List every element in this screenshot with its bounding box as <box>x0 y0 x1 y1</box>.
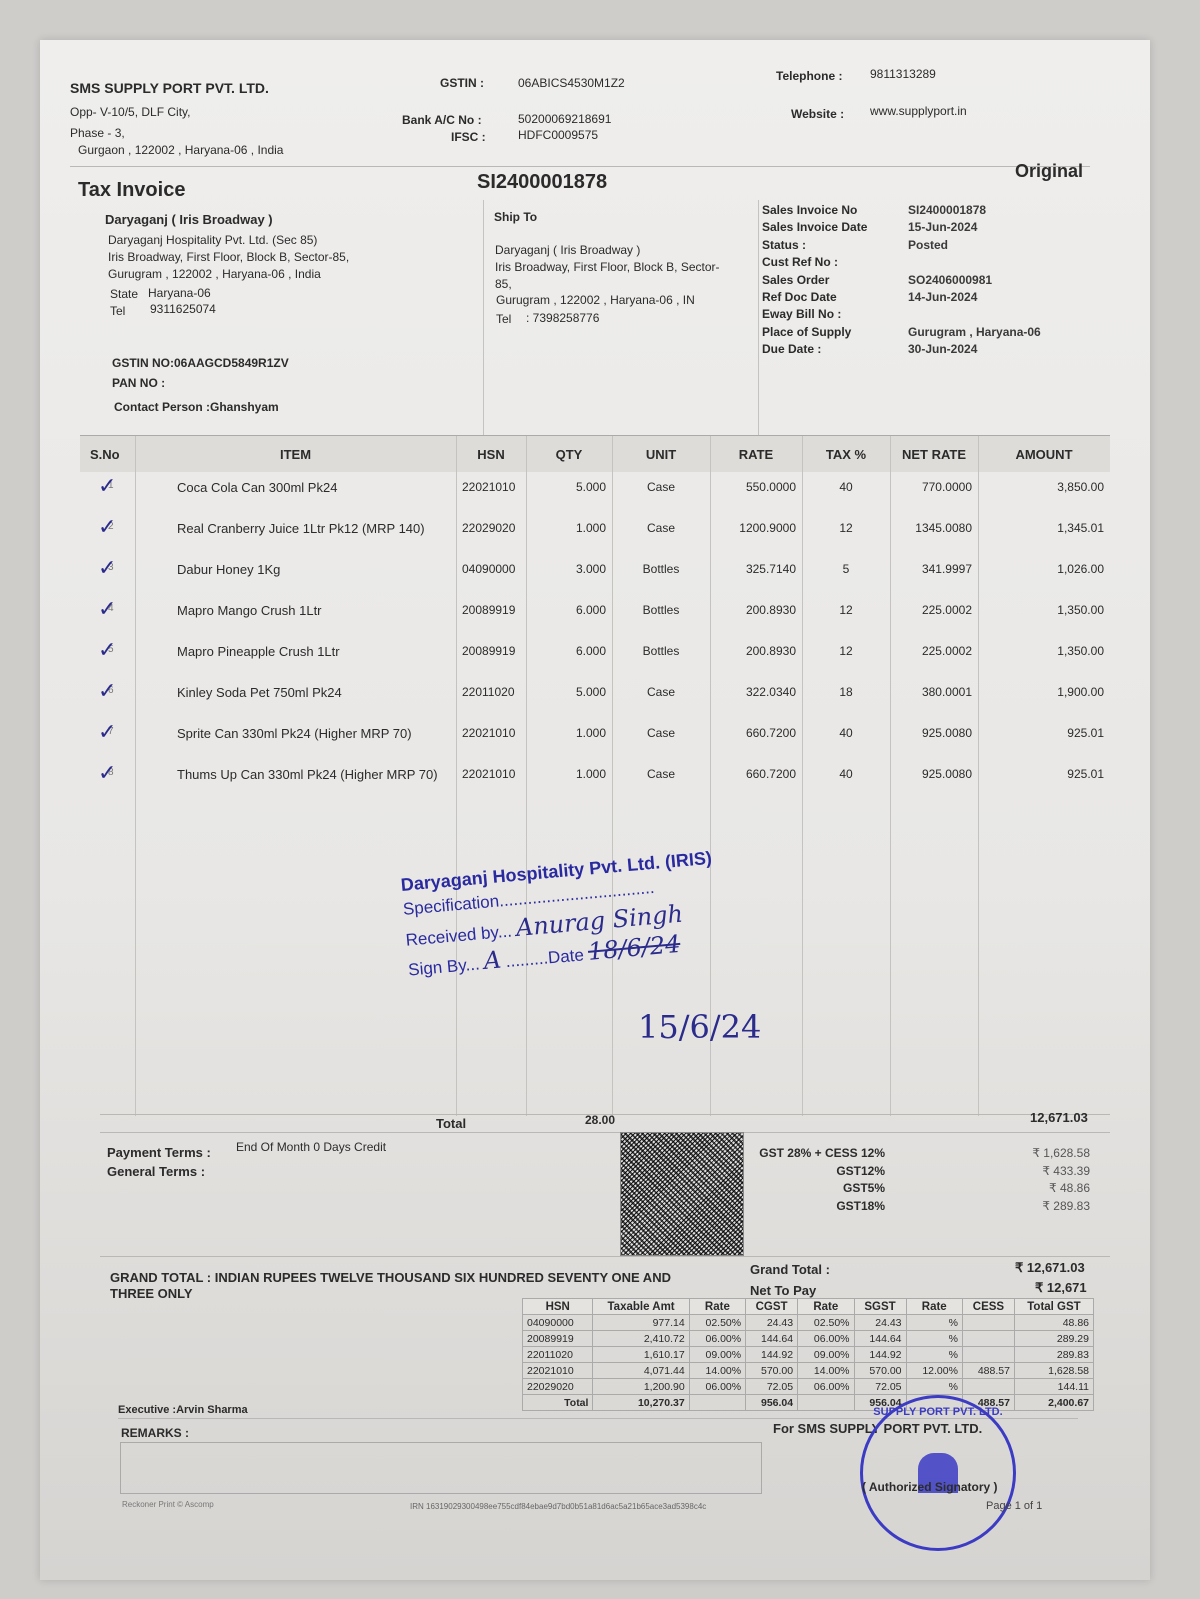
table-cell: Case <box>612 685 710 699</box>
hsn-cell: 289.29 <box>1014 1331 1093 1347</box>
table-cell: Sprite Can 330ml Pk24 (Higher MRP 70) <box>135 726 456 741</box>
hsn-column-header: CESS <box>962 1299 1014 1315</box>
hsn-cell: 956.04 <box>746 1395 798 1411</box>
meta-row: Cust Ref No : <box>762 255 1102 272</box>
check-mark-icon: ✓ <box>98 515 116 540</box>
hsn-column-header: SGST <box>854 1299 906 1315</box>
table-cell: 1,026.00 <box>978 562 1110 576</box>
table-cell: 40 <box>802 726 890 740</box>
hsn-cell: 02.50% <box>689 1315 745 1331</box>
table-cell: 1.000 <box>526 726 612 740</box>
table-cell: 18 <box>802 685 890 699</box>
hsn-row: 220210104,071.4414.00%570.0014.00%570.00… <box>523 1363 1094 1379</box>
hsn-cell: 977.14 <box>593 1315 689 1331</box>
check-mark-icon: ✓ <box>98 638 116 663</box>
hsn-cell: 02.50% <box>798 1315 854 1331</box>
meta-row: Eway Bill No : <box>762 307 1102 324</box>
table-cell: 225.0002 <box>890 603 978 617</box>
hsn-cell: 144.64 <box>746 1331 798 1347</box>
total-label: Total <box>436 1116 466 1131</box>
gstin-label: GSTIN : <box>440 76 484 90</box>
bill-to-line-1: Daryaganj Hospitality Pvt. Ltd. (Sec 85) <box>108 233 317 247</box>
table-cell: 380.0001 <box>890 685 978 699</box>
contact-person: Contact Person :Ghanshyam <box>114 400 279 414</box>
tax-summary-row: GST 28% + CESS 12%₹ 1,628.58 <box>740 1146 1100 1163</box>
table-cell: Coca Cola Can 300ml Pk24 <box>135 480 456 495</box>
table-row: 7Sprite Can 330ml Pk24 (Higher MRP 70)22… <box>80 718 1110 759</box>
table-cell: 40 <box>802 767 890 781</box>
hsn-cell: % <box>906 1379 962 1395</box>
meta-row: Ref Doc Date14-Jun-2024 <box>762 290 1102 307</box>
hsn-summary-table: HSNTaxable AmtRateCGSTRateSGSTRateCESSTo… <box>522 1298 1094 1411</box>
hsn-cell: 144.11 <box>1014 1379 1093 1395</box>
reckoner-print: Reckoner Print © Ascomp <box>122 1500 214 1509</box>
website-link[interactable]: www.supplyport.in <box>870 104 967 118</box>
tax-summary-value: ₹ 289.83 <box>1042 1199 1090 1213</box>
hsn-cell: 04090000 <box>523 1315 593 1331</box>
table-cell: 3.000 <box>526 562 612 576</box>
tax-summary-label: GST5% <box>843 1181 885 1195</box>
table-cell: 341.9997 <box>890 562 978 576</box>
hsn-cell: 2,400.67 <box>1014 1395 1093 1411</box>
table-cell: Case <box>612 726 710 740</box>
gstin-value: 06ABICS4530M1Z2 <box>518 76 625 90</box>
website-label: Website : <box>791 107 844 121</box>
tax-summary-value: ₹ 433.39 <box>1042 1164 1090 1178</box>
bill-to-line-3: Gurugram , 122002 , Haryana-06 , India <box>108 267 321 281</box>
bank-value: 50200069218691 <box>518 112 611 126</box>
meta-value: 15-Jun-2024 <box>908 220 977 234</box>
hsn-cell: 12.00% <box>906 1363 962 1379</box>
sign-by-initial: A <box>483 946 503 975</box>
check-mark-icon: ✓ <box>98 761 116 786</box>
table-row: 2Real Cranberry Juice 1Ltr Pk12 (MRP 140… <box>80 513 1110 554</box>
amount-in-words-2: THREE ONLY <box>110 1286 193 1301</box>
table-cell: 5.000 <box>526 480 612 494</box>
table-cell: Dabur Honey 1Kg <box>135 562 456 577</box>
hsn-row: 220290201,200.9006.00%72.0506.00%72.05%1… <box>523 1379 1094 1395</box>
bill-to-pan: PAN NO : <box>112 376 165 390</box>
table-cell: 325.7140 <box>710 562 802 576</box>
table-cell: 22021010 <box>456 767 526 781</box>
hsn-cell: 22029020 <box>523 1379 593 1395</box>
hsn-cell: 144.92 <box>854 1347 906 1363</box>
table-row: 5Mapro Pineapple Crush 1Ltr200899196.000… <box>80 636 1110 677</box>
hsn-column-header: CGST <box>746 1299 798 1315</box>
table-cell: 04090000 <box>456 562 526 576</box>
table-cell: Mapro Mango Crush 1Ltr <box>135 603 456 618</box>
meta-row: Due Date :30-Jun-2024 <box>762 342 1102 359</box>
meta-row: Status :Posted <box>762 238 1102 255</box>
page-number: Page 1 of 1 <box>986 1500 1042 1512</box>
hsn-cell: 06.00% <box>689 1331 745 1347</box>
bill-to-state: Haryana-06 <box>148 286 211 300</box>
hsn-cell: 20089919 <box>523 1331 593 1347</box>
check-mark-icon: ✓ <box>98 556 116 581</box>
tax-summary-row: GST18%₹ 289.83 <box>740 1199 1100 1216</box>
table-cell: 1.000 <box>526 767 612 781</box>
tax-summary-value: ₹ 48.86 <box>1049 1181 1090 1195</box>
grand-total-value: ₹ 12,671.03 <box>1015 1260 1085 1276</box>
invoice-page: SMS SUPPLY PORT PVT. LTD. Opp- V-10/5, D… <box>40 40 1150 1580</box>
hsn-cell: 06.00% <box>798 1331 854 1347</box>
hsn-cell: % <box>906 1347 962 1363</box>
bill-to-tel: 9311625074 <box>150 302 216 316</box>
column-header: HSN <box>456 447 526 462</box>
table-cell: 925.0080 <box>890 767 978 781</box>
hsn-cell: 14.00% <box>798 1363 854 1379</box>
hsn-cell <box>962 1331 1014 1347</box>
hsn-column-header: HSN <box>523 1299 593 1315</box>
ifsc-value: HDFC0009575 <box>518 128 598 142</box>
table-cell: 925.0080 <box>890 726 978 740</box>
table-cell: Case <box>612 480 710 494</box>
table-cell: Bottles <box>612 562 710 576</box>
column-header: QTY <box>526 447 612 462</box>
company-address-3: Gurgaon , 122002 , Haryana-06 , India <box>78 143 283 157</box>
table-cell: 12 <box>802 644 890 658</box>
table-cell: 1.000 <box>526 521 612 535</box>
tax-summary-label: GST18% <box>836 1199 885 1213</box>
meta-label: Eway Bill No : <box>762 307 841 321</box>
table-cell: 12 <box>802 521 890 535</box>
company-name: SMS SUPPLY PORT PVT. LTD. <box>70 80 269 96</box>
hsn-cell: 1,200.90 <box>593 1379 689 1395</box>
company-seal: SUPPLY PORT PVT. LTD. <box>860 1395 1016 1551</box>
hsn-cell: 72.05 <box>854 1379 906 1395</box>
copy-type: Original <box>1015 161 1083 182</box>
executive: Executive :Arvin Sharma <box>118 1404 248 1416</box>
table-cell: 5.000 <box>526 685 612 699</box>
column-header: AMOUNT <box>978 447 1110 462</box>
table-cell: 6.000 <box>526 644 612 658</box>
hsn-cell: 09.00% <box>798 1347 854 1363</box>
hsn-cell: 48.86 <box>1014 1315 1093 1331</box>
grand-total-label: Grand Total : <box>750 1262 830 1277</box>
tax-summary-value: ₹ 1,628.58 <box>1032 1146 1090 1160</box>
company-address-1: Opp- V-10/5, DLF City, <box>70 105 191 119</box>
hsn-header-row: HSNTaxable AmtRateCGSTRateSGSTRateCESSTo… <box>523 1299 1094 1315</box>
invoice-number: SI2400001878 <box>477 171 607 194</box>
telephone-value: 9811313289 <box>870 67 936 81</box>
meta-value: Gurugram , Haryana-06 <box>908 325 1041 339</box>
meta-value: 30-Jun-2024 <box>908 342 977 356</box>
bill-to-name: Daryaganj ( Iris Broadway ) <box>105 212 273 227</box>
hsn-cell: 72.05 <box>746 1379 798 1395</box>
hsn-cell: 24.43 <box>854 1315 906 1331</box>
bill-to-state-label: State <box>110 287 138 301</box>
table-cell: Mapro Pineapple Crush 1Ltr <box>135 644 456 659</box>
table-cell: 1,345.01 <box>978 521 1110 535</box>
table-cell: 22029020 <box>456 521 526 535</box>
hsn-cell: 570.00 <box>746 1363 798 1379</box>
table-cell: 1,350.00 <box>978 603 1110 617</box>
hsn-column-header: Total GST <box>1014 1299 1093 1315</box>
bank-label: Bank A/C No : <box>402 113 482 127</box>
hsn-cell: 289.83 <box>1014 1347 1093 1363</box>
hsn-row: 04090000977.1402.50%24.4302.50%24.43%48.… <box>523 1315 1094 1331</box>
table-cell: 200.8930 <box>710 603 802 617</box>
tax-summary-label: GST12% <box>836 1164 885 1178</box>
bill-to-tel-label: Tel <box>110 304 125 318</box>
tax-summary-label: GST 28% + CESS 12% <box>759 1146 885 1160</box>
table-cell: 1200.9000 <box>710 521 802 535</box>
hsn-cell: 24.43 <box>746 1315 798 1331</box>
ship-to-tel: : 7398258776 <box>526 311 599 325</box>
table-cell: Case <box>612 767 710 781</box>
table-cell: 1345.0080 <box>890 521 978 535</box>
hsn-cell <box>962 1379 1014 1395</box>
meta-label: Sales Order <box>762 273 829 287</box>
hsn-column-header: Rate <box>798 1299 854 1315</box>
hsn-cell <box>962 1347 1014 1363</box>
ship-to-line-3: Gurugram , 122002 , Haryana-06 , IN <box>496 293 695 307</box>
table-row: 1Coca Cola Can 300ml Pk24220210105.000Ca… <box>80 472 1110 513</box>
hsn-cell: 22021010 <box>523 1363 593 1379</box>
hsn-cell: 06.00% <box>689 1379 745 1395</box>
hsn-cell: 488.57 <box>962 1363 1014 1379</box>
table-cell: 22021010 <box>456 726 526 740</box>
meta-label: Sales Invoice No <box>762 203 857 217</box>
net-to-pay-label: Net To Pay <box>750 1283 816 1298</box>
ship-to-line-2: 85, <box>495 277 512 291</box>
column-header: UNIT <box>612 447 710 462</box>
column-header: ITEM <box>135 447 456 462</box>
meta-row: Sales Invoice NoSI2400001878 <box>762 203 1102 220</box>
receipt-stamp: Daryaganj Hospitality Pvt. Ltd. (IRIS) S… <box>400 848 720 982</box>
column-header: S.No <box>80 447 135 462</box>
table-cell: 20089919 <box>456 603 526 617</box>
hsn-cell: 22011020 <box>523 1347 593 1363</box>
hsn-cell: 1,628.58 <box>1014 1363 1093 1379</box>
hsn-cell: 144.92 <box>746 1347 798 1363</box>
table-cell: 6.000 <box>526 603 612 617</box>
tax-summary-row: GST12%₹ 433.39 <box>740 1164 1100 1181</box>
meta-label: Due Date : <box>762 342 821 356</box>
items-table-header: S.NoITEMHSNQTYUNITRATETAX %NET RATEAMOUN… <box>80 436 1110 472</box>
table-cell: 925.01 <box>978 726 1110 740</box>
table-cell: 12 <box>802 603 890 617</box>
hsn-column-header: Taxable Amt <box>593 1299 689 1315</box>
stamp-date-label: .........Date <box>505 945 585 971</box>
hsn-cell: 4,071.44 <box>593 1363 689 1379</box>
column-header: RATE <box>710 447 802 462</box>
table-cell: 200.8930 <box>710 644 802 658</box>
meta-row: Place of SupplyGurugram , Haryana-06 <box>762 325 1102 342</box>
hsn-cell: 1,610.17 <box>593 1347 689 1363</box>
bill-to-line-2: Iris Broadway, First Floor, Block B, Sec… <box>108 250 349 264</box>
meta-value: SO2406000981 <box>908 273 992 287</box>
table-cell: 1,350.00 <box>978 644 1110 658</box>
remarks-box <box>120 1442 762 1494</box>
hsn-cell: 570.00 <box>854 1363 906 1379</box>
hsn-cell: 14.00% <box>689 1363 745 1379</box>
table-cell: 20089919 <box>456 644 526 658</box>
meta-label: Status : <box>762 238 806 252</box>
ship-to-name: Daryaganj ( Iris Broadway ) <box>495 243 640 257</box>
table-row: 3Dabur Honey 1Kg040900003.000Bottles325.… <box>80 554 1110 595</box>
meta-value: 14-Jun-2024 <box>908 290 977 304</box>
hsn-column-header: Rate <box>689 1299 745 1315</box>
table-row: 6Kinley Soda Pet 750ml Pk24220110205.000… <box>80 677 1110 718</box>
hsn-cell: 10,270.37 <box>593 1395 689 1411</box>
table-cell: Bottles <box>612 644 710 658</box>
net-to-pay-value: ₹ 12,671 <box>1035 1280 1087 1296</box>
payment-terms-label: Payment Terms : <box>107 1145 211 1160</box>
qr-code <box>620 1132 744 1256</box>
meta-row: Sales OrderSO2406000981 <box>762 273 1102 290</box>
check-mark-icon: ✓ <box>98 720 116 745</box>
ship-to-tel-label: Tel <box>496 312 511 326</box>
hsn-cell <box>689 1395 745 1411</box>
check-mark-icon: ✓ <box>98 474 116 499</box>
hsn-cell <box>962 1315 1014 1331</box>
telephone-label: Telephone : <box>776 69 842 83</box>
table-cell: Kinley Soda Pet 750ml Pk24 <box>135 685 456 700</box>
table-cell: Case <box>612 521 710 535</box>
column-header: NET RATE <box>890 447 978 462</box>
table-row: 8Thums Up Can 330ml Pk24 (Higher MRP 70)… <box>80 759 1110 800</box>
meta-value: SI2400001878 <box>908 203 986 217</box>
amount-in-words: GRAND TOTAL : INDIAN RUPEES TWELVE THOUS… <box>110 1270 671 1285</box>
table-cell: 322.0340 <box>710 685 802 699</box>
hsn-cell: Total <box>523 1395 593 1411</box>
hsn-cell: % <box>906 1315 962 1331</box>
table-cell: 5 <box>802 562 890 576</box>
meta-label: Sales Invoice Date <box>762 220 867 234</box>
hsn-cell: 2,410.72 <box>593 1331 689 1347</box>
general-terms-label: General Terms : <box>107 1164 205 1179</box>
table-cell: 925.01 <box>978 767 1110 781</box>
table-cell: 770.0000 <box>890 480 978 494</box>
ship-to-heading: Ship To <box>494 210 537 224</box>
hsn-cell: 06.00% <box>798 1379 854 1395</box>
handwritten-date: 15/6/24 <box>638 1008 761 1046</box>
column-header: TAX % <box>802 447 890 462</box>
table-cell: Real Cranberry Juice 1Ltr Pk12 (MRP 140) <box>135 521 456 536</box>
hsn-column-header: Rate <box>906 1299 962 1315</box>
total-amount: 12,671.03 <box>1030 1110 1088 1125</box>
hsn-cell: 144.64 <box>854 1331 906 1347</box>
table-cell: 1,900.00 <box>978 685 1110 699</box>
table-cell: Thums Up Can 330ml Pk24 (Higher MRP 70) <box>135 767 456 782</box>
table-cell: 225.0002 <box>890 644 978 658</box>
tax-summary-row: GST5%₹ 48.86 <box>740 1181 1100 1198</box>
total-qty: 28.00 <box>585 1113 615 1127</box>
check-mark-icon: ✓ <box>98 679 116 704</box>
table-cell: 22021010 <box>456 480 526 494</box>
meta-value: Posted <box>908 238 948 252</box>
authorized-signatory: ( Authorized Signatory ) <box>862 1480 998 1494</box>
hsn-row: 220110201,610.1709.00%144.9209.00%144.92… <box>523 1347 1094 1363</box>
table-cell: 40 <box>802 480 890 494</box>
table-cell: 3,850.00 <box>978 480 1110 494</box>
table-row: 4Mapro Mango Crush 1Ltr200899196.000Bott… <box>80 595 1110 636</box>
payment-terms-value: End Of Month 0 Days Credit <box>236 1140 386 1154</box>
stamp-date-struck: 18/6/24 <box>587 930 682 966</box>
hsn-row: 200899192,410.7206.00%144.6406.00%144.64… <box>523 1331 1094 1347</box>
remarks-label: REMARKS : <box>121 1426 189 1440</box>
table-cell: 22011020 <box>456 685 526 699</box>
check-mark-icon: ✓ <box>98 597 116 622</box>
table-cell: Bottles <box>612 603 710 617</box>
ship-to-line-1: Iris Broadway, First Floor, Block B, Sec… <box>495 260 720 274</box>
hsn-cell: % <box>906 1331 962 1347</box>
irn: IRN 16319029300498ee755cdf84ebae9d7bd0b5… <box>410 1502 706 1511</box>
bill-to-gstin: GSTIN NO:06AAGCD5849R1ZV <box>112 356 289 370</box>
seal-text: SUPPLY PORT PVT. LTD. <box>863 1406 1013 1418</box>
meta-label: Ref Doc Date <box>762 290 837 304</box>
company-address-2: Phase - 3, <box>70 126 125 140</box>
table-cell: 660.7200 <box>710 767 802 781</box>
hsn-cell <box>798 1395 854 1411</box>
meta-label: Cust Ref No : <box>762 255 838 269</box>
hsn-cell: 09.00% <box>689 1347 745 1363</box>
stamp-sign-by: Sign By... <box>407 954 480 979</box>
doc-title: Tax Invoice <box>78 179 185 202</box>
meta-row: Sales Invoice Date15-Jun-2024 <box>762 220 1102 237</box>
meta-label: Place of Supply <box>762 325 851 339</box>
table-cell: 660.7200 <box>710 726 802 740</box>
ifsc-label: IFSC : <box>451 130 486 144</box>
table-cell: 550.0000 <box>710 480 802 494</box>
